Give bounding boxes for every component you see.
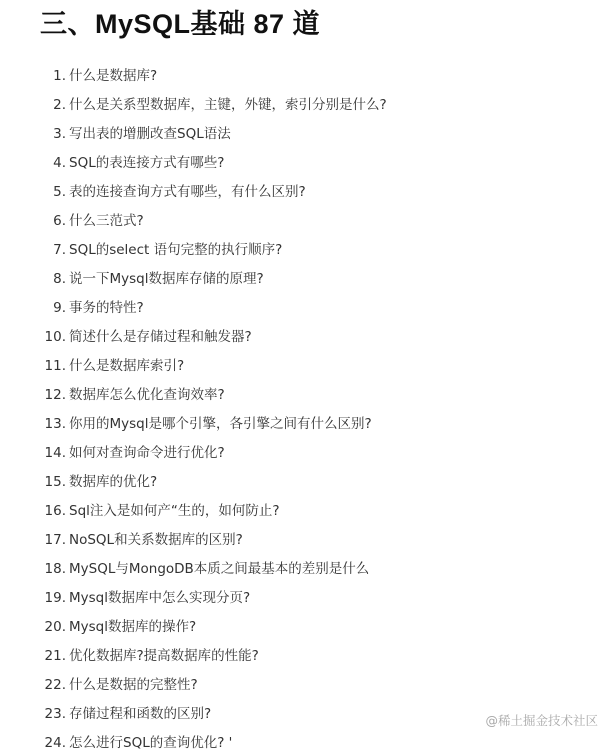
question-number: 9. xyxy=(26,294,66,323)
question-text: 什么是数据库索引? xyxy=(69,352,184,381)
question-number: 18. xyxy=(26,555,66,584)
question-number: 6. xyxy=(26,207,66,236)
question-text: Mysql数据库中怎么实现分页? xyxy=(69,584,250,613)
page-title: 三、MySQL基础 87 道 xyxy=(40,6,320,42)
question-text: 如何对查询命令进行优化? xyxy=(69,439,225,468)
question-number: 14. xyxy=(26,439,66,468)
question-text: 什么是关系型数据库，主键，外键，索引分别是什么? xyxy=(69,91,387,120)
question-text: Sql注入是如何产“生的，如何防止? xyxy=(69,497,280,526)
question-number: 19. xyxy=(26,584,66,613)
question-text: SQL的表连接方式有哪些? xyxy=(69,149,224,178)
question-number: 12. xyxy=(26,381,66,410)
question-text: MySQL与MongoDB本质之间最基本的差别是什么 xyxy=(69,555,369,584)
question-text: 事务的特性? xyxy=(69,294,144,323)
question-number: 10. xyxy=(26,323,66,352)
question-text: NoSQL和关系数据库的区别? xyxy=(69,526,243,555)
question-text: 优化数据库?提高数据库的性能? xyxy=(69,642,259,671)
question-number: 23. xyxy=(26,700,66,729)
question-text: 什么是数据库? xyxy=(69,62,157,91)
question-number: 7. xyxy=(26,236,66,265)
question-text: 写出表的增删改查SQL语法 xyxy=(69,120,231,149)
question-number: 22. xyxy=(26,671,66,700)
question-number: 8. xyxy=(26,265,66,294)
question-text: 表的连接查询方式有哪些，有什么区别? xyxy=(69,178,306,207)
question-text: 说一下Mysql数据库存储的原理? xyxy=(69,265,264,294)
question-number: 16. xyxy=(26,497,66,526)
question-number: 20. xyxy=(26,613,66,642)
question-text: 什么三范式? xyxy=(69,207,144,236)
question-number: 24. xyxy=(26,729,66,752)
question-text: 数据库的优化? xyxy=(69,468,157,497)
question-number: 17. xyxy=(26,526,66,555)
question-number: 13. xyxy=(26,410,66,439)
question-text: 简述什么是存储过程和触发器? xyxy=(69,323,252,352)
question-number: 15. xyxy=(26,468,66,497)
question-text: 存储过程和函数的区别? xyxy=(69,700,211,729)
question-text: 什么是数据的完整性? xyxy=(69,671,198,700)
question-text: Mysql数据库的操作? xyxy=(69,613,196,642)
question-text: 你用的Mysql是哪个引擎，各引擎之间有什么区别? xyxy=(69,410,372,439)
question-number: 5. xyxy=(26,178,66,207)
question-number: 11. xyxy=(26,352,66,381)
question-number: 2. xyxy=(26,91,66,120)
question-number: 21. xyxy=(26,642,66,671)
question-text: 数据库怎么优化查询效率? xyxy=(69,381,225,410)
question-number: 3. xyxy=(26,120,66,149)
question-number: 4. xyxy=(26,149,66,178)
watermark: @稀土掘金技术社区 xyxy=(485,712,598,730)
question-text: 怎么进行SQL的查询优化? ' xyxy=(69,729,232,752)
question-text: SQL的select 语句完整的执行顺序? xyxy=(69,236,282,265)
question-number: 1. xyxy=(26,62,66,91)
